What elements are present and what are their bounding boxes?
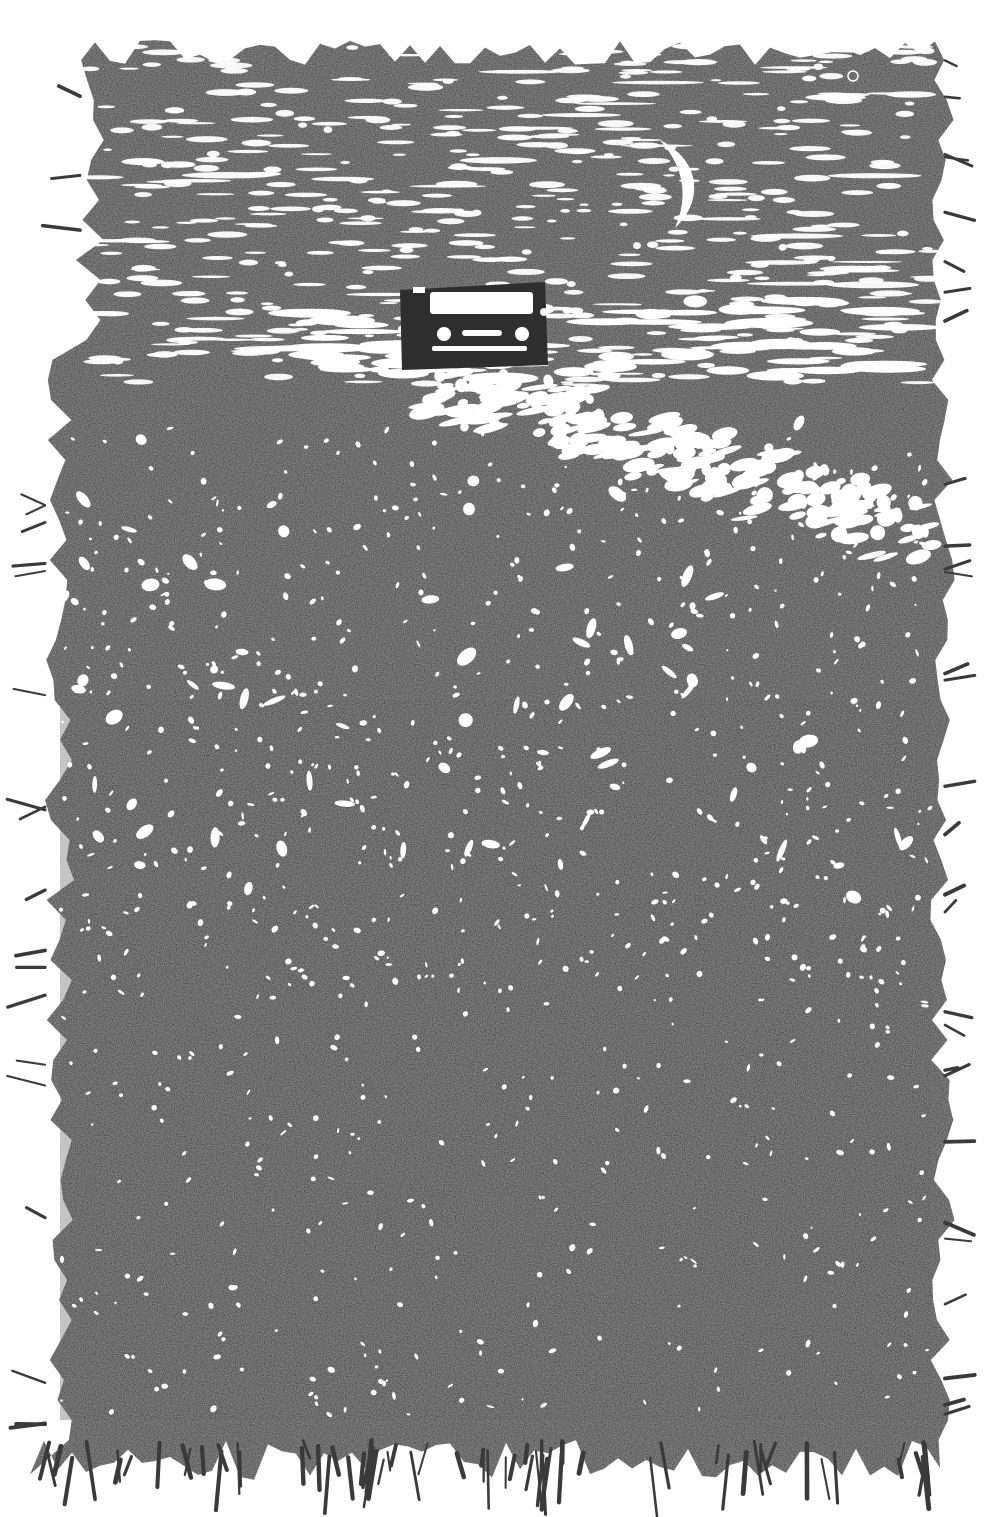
vehicle-icon bbox=[400, 282, 548, 370]
ink-illustration-canvas bbox=[0, 0, 1000, 1517]
illustration bbox=[0, 0, 1000, 1517]
